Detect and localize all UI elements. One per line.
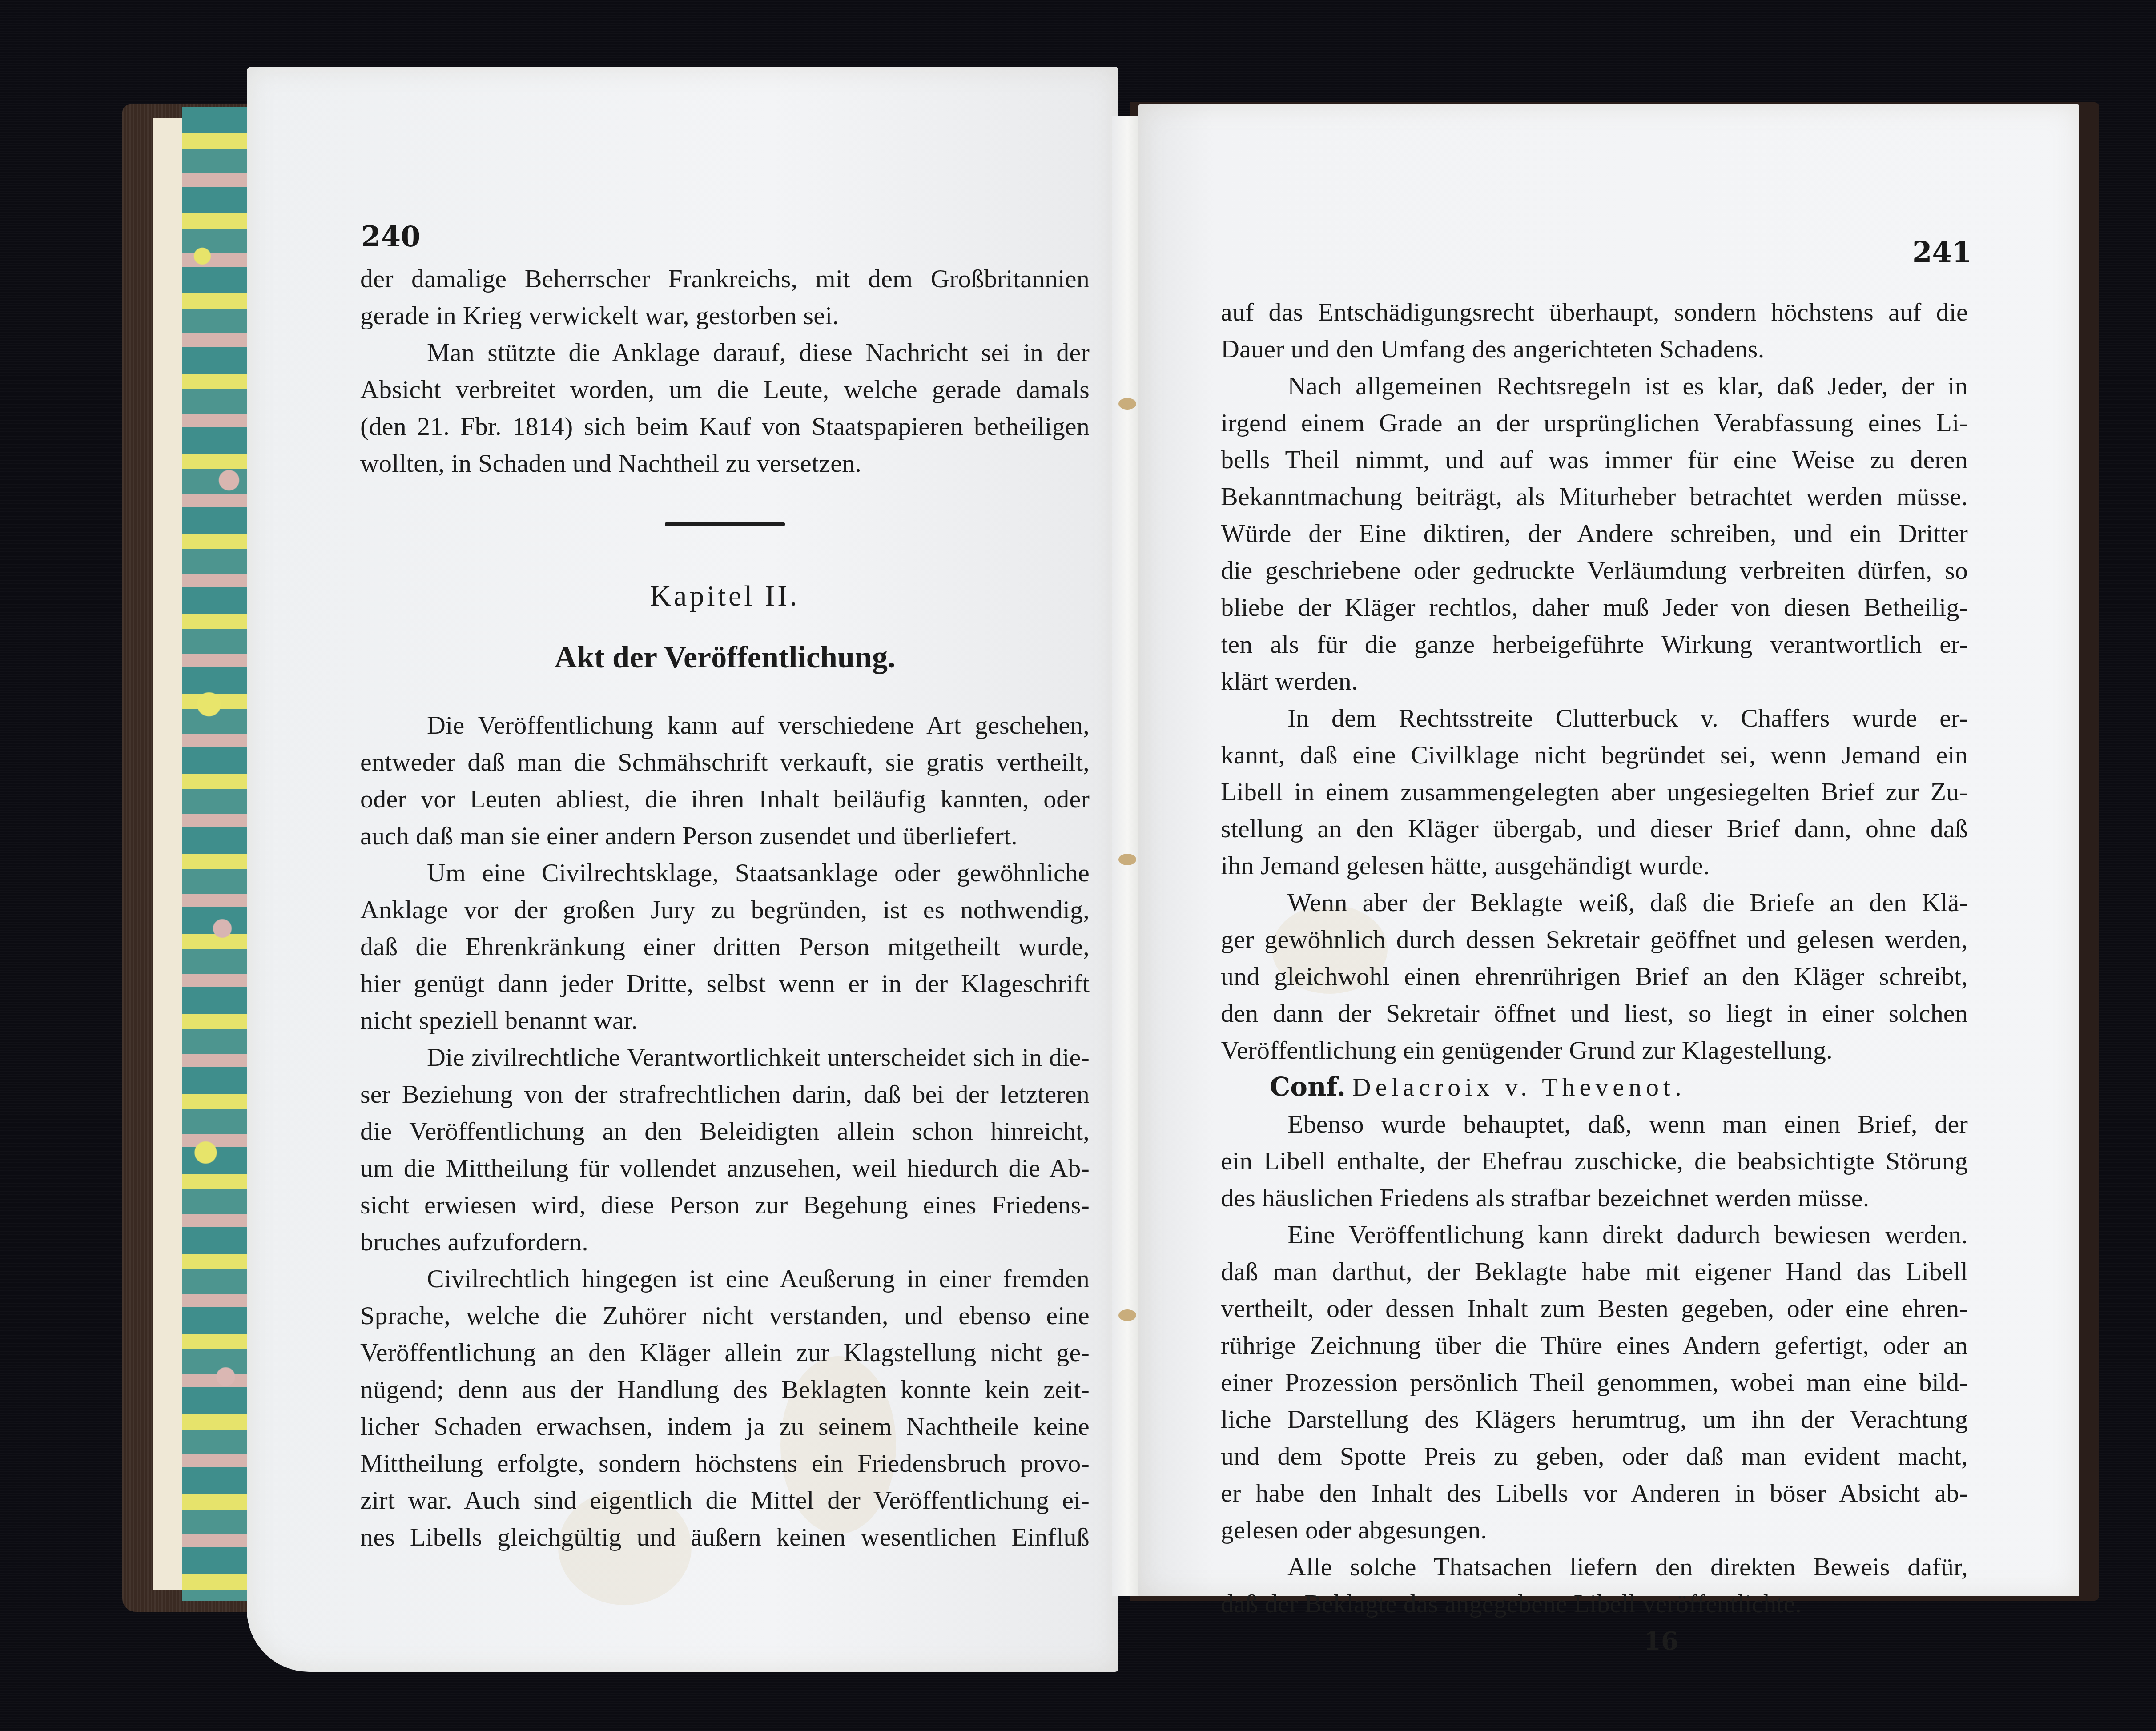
text-line: (den 21. Fbr. 1814) sich beim Kauf von S…: [360, 408, 1090, 445]
paragraph: Um eine Civilrechtsklage, Staatsanklage …: [360, 854, 1090, 1039]
text-line: ser Beziehung von der strafrechtlichen d…: [360, 1076, 1090, 1112]
text-line: Die zivilrechtliche Verantwortlichkeit u…: [360, 1039, 1090, 1076]
text-line: ihn Jemand gelesen hätte, ausgehändigt w…: [1221, 847, 1968, 884]
text-line: rührige Zeichnung über die Thüre eines A…: [1221, 1327, 1968, 1364]
text-line: ein Libell enthalte, der Ehefrau zuschic…: [1221, 1142, 1968, 1179]
text-line: Absicht verbreitet worden, um die Leute,…: [360, 371, 1090, 408]
text-line: er habe den Inhalt des Libells vor Ander…: [1221, 1474, 1968, 1511]
text-line: und gleichwohl einen ehrenrührigen Brief…: [1221, 958, 1968, 995]
text-line: Ebenso wurde behauptet, daß, wenn man ei…: [1221, 1105, 1968, 1142]
binding-stitch: [1118, 1309, 1136, 1321]
text-line: Dauer und den Umfang des angerichteten S…: [1221, 330, 1968, 367]
text-line: daß die Ehrenkränkung einer dritten Pers…: [360, 928, 1090, 965]
text-line: Sprache, welche die Zuhörer nicht versta…: [360, 1297, 1090, 1334]
paragraph: In dem Rechtsstreite Clutterbuck v. Chaf…: [1221, 699, 1968, 884]
citation-case: Delacroix v. Thevenot.: [1352, 1072, 1686, 1101]
paragraph: Die Veröffentlichung kann auf verschiede…: [360, 707, 1090, 854]
signature-mark: 16: [1221, 1627, 1968, 1656]
text-line: Mittheilung erfolgte, sondern höchstens …: [360, 1445, 1090, 1482]
text-line: Civilrechtlich hingegen ist eine Aeußeru…: [360, 1260, 1090, 1297]
text-line: Nach allgemeinen Rechtsregeln ist es kla…: [1221, 367, 1968, 404]
marbled-page-edges: [182, 107, 249, 1601]
binding-stitch: [1118, 854, 1136, 865]
paragraph: auf das Entschädigungsrecht überhaupt, s…: [1221, 293, 1968, 367]
paragraph: Alle solche Thatsachen liefern den direk…: [1221, 1548, 1968, 1622]
text-line: bliebe der Kläger rechtlos, daher muß Je…: [1221, 589, 1968, 626]
text-line: Würde der Eine diktiren, der Andere schr…: [1221, 515, 1968, 552]
text-line: Anklage vor der großen Jury zu begründen…: [360, 891, 1090, 928]
text-line: oder vor Leuten abliest, die ihren Inhal…: [360, 780, 1090, 817]
text-line: des häuslichen Friedens als strafbar bez…: [1221, 1179, 1968, 1216]
text-line: kannt, daß eine Civilklage nicht begründ…: [1221, 736, 1968, 773]
text-line: nügend; denn aus der Handlung des Beklag…: [360, 1371, 1090, 1408]
paragraph: Eine Veröffentlichung kann direkt dadurc…: [1221, 1216, 1968, 1548]
paragraph: Nach allgemeinen Rechtsregeln ist es kla…: [1221, 367, 1968, 699]
text-line: bruches aufzufordern.: [360, 1223, 1090, 1260]
right-page-body: auf das Entschädigungsrecht überhaupt, s…: [1221, 293, 1968, 1656]
text-line: vertheilt, oder dessen Inhalt zum Besten…: [1221, 1290, 1968, 1327]
paragraph: Civilrechtlich hingegen ist eine Aeußeru…: [360, 1260, 1090, 1555]
left-page-body: der damalige Beherrscher Frankreichs, mi…: [360, 260, 1090, 1555]
chapter-label: Kapitel II.: [360, 579, 1090, 613]
text-line: Veröffentlichung an den Kläger allein zu…: [360, 1334, 1090, 1371]
text-line: Veröffentlichung ein genügender Grund zu…: [1221, 1032, 1968, 1068]
text-line: entweder daß man die Schmähschrift verka…: [360, 743, 1090, 780]
text-line: Alle solche Thatsachen liefern den direk…: [1221, 1548, 1968, 1585]
paragraph: Wenn aber der Beklagte weiß, daß die Bri…: [1221, 884, 1968, 1068]
text-line: ger gewöhnlich durch dessen Sekretair ge…: [1221, 921, 1968, 958]
text-line: nicht speziell benannt war.: [360, 1002, 1090, 1039]
text-line: wollten, in Schaden und Nachtheil zu ver…: [360, 445, 1090, 482]
text-line: Wenn aber der Beklagte weiß, daß die Bri…: [1221, 884, 1968, 921]
paragraph: Die zivilrechtliche Verantwortlichkeit u…: [360, 1039, 1090, 1260]
text-line: der damalige Beherrscher Frankreichs, mi…: [360, 260, 1090, 297]
text-line: irgend einem Grade an der ursprünglichen…: [1221, 404, 1968, 441]
text-line: klärt werden.: [1221, 663, 1968, 699]
page-block-edge: [153, 118, 185, 1590]
text-line: gerade in Krieg verwickelt war, gestorbe…: [360, 297, 1090, 334]
page-number-left: 240: [361, 220, 421, 253]
text-line: sicht erwiesen wird, diese Person zur Be…: [360, 1186, 1090, 1223]
text-line: Die Veröffentlichung kann auf verschiede…: [360, 707, 1090, 743]
section-title: Akt der Veröffentlichung.: [360, 640, 1090, 675]
text-line: Bekanntmachung beiträgt, als Miturheber …: [1221, 478, 1968, 515]
text-line: die Veröffentlichung an den Beleidigten …: [360, 1112, 1090, 1149]
text-line: um die Mittheilung für vollendet anzuseh…: [360, 1149, 1090, 1186]
text-line: auch daß man sie einer andern Person zus…: [360, 817, 1090, 854]
text-line: ten als für die ganze herbeigeführte Wir…: [1221, 626, 1968, 663]
text-line: liche Darstellung des Klägers herumtrug,…: [1221, 1401, 1968, 1438]
text-line: Libell in einem zusammengelegten aber un…: [1221, 773, 1968, 810]
citation-prefix: Conf.: [1270, 1072, 1346, 1102]
text-line: bells Theil nimmt, und auf was immer für…: [1221, 441, 1968, 478]
text-line: licher Schaden erwachsen, indem ja zu se…: [360, 1408, 1090, 1445]
text-line: Man stützte die Anklage darauf, diese Na…: [360, 334, 1090, 371]
paragraph: Ebenso wurde behauptet, daß, wenn man ei…: [1221, 1105, 1968, 1216]
text-line: stellung an den Kläger übergab, und dies…: [1221, 810, 1968, 847]
text-line: nes Libells gleichgültig und äußern kein…: [360, 1518, 1090, 1555]
text-line: den dann der Sekretair öffnet und liest,…: [1221, 995, 1968, 1032]
paragraph: der damalige Beherrscher Frankreichs, mi…: [360, 260, 1090, 334]
paragraph: Man stützte die Anklage darauf, diese Na…: [360, 334, 1090, 482]
text-line: In dem Rechtsstreite Clutterbuck v. Chaf…: [1221, 699, 1968, 736]
text-line: einer Prozession persönlich Theil genomm…: [1221, 1364, 1968, 1401]
text-line: Eine Veröffentlichung kann direkt dadurc…: [1221, 1216, 1968, 1253]
binding-stitch: [1118, 398, 1136, 410]
text-line: Um eine Civilrechtsklage, Staatsanklage …: [360, 854, 1090, 891]
text-line: auf das Entschädigungsrecht überhaupt, s…: [1221, 293, 1968, 330]
text-line: daß der Beklagte das angegebene Libell v…: [1221, 1585, 1968, 1622]
text-line: hier genügt dann jeder Dritte, selbst we…: [360, 965, 1090, 1002]
text-line: und dem Spotte Preis zu geben, oder daß …: [1221, 1438, 1968, 1474]
text-line: zirt war. Auch sind eigentlich die Mitte…: [360, 1482, 1090, 1518]
page-number-right: 241: [1912, 236, 1972, 269]
citation-line: Conf. Delacroix v. Thevenot.: [1221, 1068, 1968, 1105]
text-line: gelesen oder abgesungen.: [1221, 1511, 1968, 1548]
text-line: die geschriebene oder gedruckte Verläumd…: [1221, 552, 1968, 589]
section-divider-rule: [665, 522, 785, 526]
text-line: daß man darthut, der Beklagte habe mit e…: [1221, 1253, 1968, 1290]
